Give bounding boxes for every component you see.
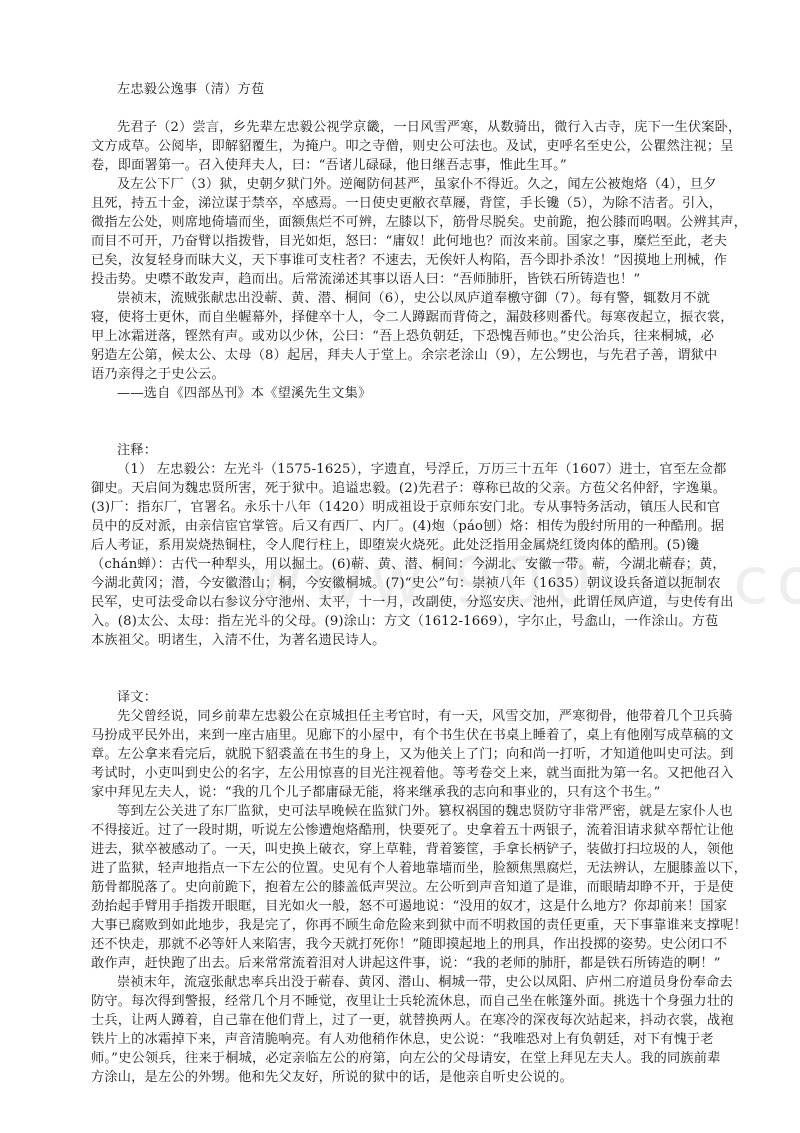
paragraph: 等到左公关进了东厂监狱，史可法早晚候在监狱门外。篡权祸国的魏忠贤防守非常严密，就… [91, 802, 731, 973]
text-line: 进去，狱卒被感动了。一天，叫史换上破衣，穿上草鞋，背着篓筐，手拿长柄铲子，装做打… [91, 840, 731, 859]
text-line: 卷，即面署第一。召入使拜夫人，曰：“吾诸儿碌碌，他日继吾志事，惟此生耳。” [91, 156, 731, 175]
note-line: （1） 左忠毅公：左光斗（1575-1625），字遗直，号浮丘，万历三十五年（1… [91, 460, 731, 479]
paragraph: 先父曾经说，同乡前辈左忠毅公在京城担任主考官时，有一天，风雪交加，严寒彻骨，他带… [91, 707, 731, 802]
text-line: 不得接近。过了一段时期，听说左公惨遭炮烙酷刑，快要死了。史拿着五十两银子，流着泪… [91, 821, 731, 840]
text-line: 筋骨都脱落了。史向前跪下，抱着左公的膝盖低声哭泣。左公听到声音知道了是谁，而眼睛… [91, 878, 731, 897]
text-line: 先君子（2）尝言，乡先辈左忠毅公视学京畿，一日风雪严寒，从数骑出，微行入古寺，庑… [91, 118, 731, 137]
text-line: 及左公下厂（3）狱，史朝夕狱门外。逆阉防伺甚严，虽家仆不得近。久之，闻左公被炮烙… [91, 175, 731, 194]
text-line: 微指左公处，则席地倚墙而坐，面额焦烂不可辨，左膝以下，筋骨尽脱矣。史前跪，抱公膝… [91, 213, 731, 232]
note-line: 今湖北黄冈；潜，今安徽潜山；桐，今安徽桐城。(7)“史公”句：崇祯八年（1635… [91, 574, 731, 593]
text-line: 劲抬起手臂用手指拨开眼眶，目光如火一般，怒不可遏地说：“没用的奴才，这是什么地方… [91, 897, 731, 916]
spacer [91, 650, 731, 688]
note-line: 入。(8)太公、太母：指左光斗的父母。(9)涂山：方文（1612-1669），字… [91, 612, 731, 631]
translation-label: 译文： [91, 688, 731, 707]
paragraph: 崇祯末，流贼张献忠出没蕲、黄、潜、桐间（6），史公以凤庐道奉檄守御（7）。每有警… [91, 289, 731, 384]
note-line: 后人考证，系用炭烧热铜柱，令人爬行柱上，即堕炭火烧死。此处泛指用金属烧红烫肉体的… [91, 536, 731, 555]
paragraph: 崇祯末年，流寇张献忠率兵出没于蕲春、黄冈、潜山、桐城一带，史公以凤阳、庐州二府道… [91, 973, 731, 1087]
spacer [91, 99, 731, 118]
text-line: 甲上冰霜迸落，铿然有声。或劝以少休，公曰：“吾上恐负朝廷，下恐愧吾师也。”史公治… [91, 327, 731, 346]
translation-section: 先父曾经说，同乡前辈左忠毅公在京城担任主考官时，有一天，风雪交加，严寒彻骨，他带… [91, 707, 731, 1087]
text-line: 等到左公关进了东厂监狱，史可法早晚候在监狱门外。篡权祸国的魏忠贤防守非常严密，就… [91, 802, 731, 821]
paragraph: 先君子（2）尝言，乡先辈左忠毅公视学京畿，一日风雪严寒，从数骑出，微行入古寺，庑… [91, 118, 731, 175]
original-text: 先君子（2）尝言，乡先辈左忠毅公视学京畿，一日风雪严寒，从数骑出，微行入古寺，庑… [91, 118, 731, 384]
source-citation: ——选自《四部丛刊》本《望溪先生文集》 [91, 384, 731, 403]
note-line: 民军，史可法受命以右参议分守池州、太平，十一月，改副使，分巡安庆、池州，此谓任凤… [91, 593, 731, 612]
notes-label: 注释： [91, 441, 731, 460]
text-line: 崇祯末年，流寇张献忠率兵出没于蕲春、黄冈、潜山、桐城一带，史公以凤阳、庐州二府道… [91, 973, 731, 992]
text-line: 章。左公拿来看完后，就脱下貂裘盖在书生的身上，又为他关上了门；向和尚一打听，才知… [91, 745, 731, 764]
text-line: 语乃亲得之于史公云。 [91, 365, 731, 384]
text-line: 先父曾经说，同乡前辈左忠毅公在京城担任主考官时，有一天，风雪交加，严寒彻骨，他带… [91, 707, 731, 726]
document-title: 左忠毅公逸事（清）方苞 [91, 80, 731, 99]
text-line: 家中拜见左夫人，说：“我的几个儿子都庸碌无能，将来继承我的志向和事业的，只有这个… [91, 783, 731, 802]
document-page: 左忠毅公逸事（清）方苞 先君子（2）尝言，乡先辈左忠毅公视学京畿，一日风雪严寒，… [91, 80, 731, 1087]
text-line: 投击势。史噤不敢发声，趋而出。后常流涕述其事以语人曰：“吾师肺肝，皆铁石所铸造也… [91, 270, 731, 289]
text-line: 崇祯末，流贼张献忠出没蕲、黄、潜、桐间（6），史公以凤庐道奉檄守御（7）。每有警… [91, 289, 731, 308]
text-line: 已矣，汝复轻身而昧大义，天下事谁可支柱者？不速去，无俟奸人构陷，吾今即扑杀汝！”… [91, 251, 731, 270]
text-line: 铁片上的冰霜掉下来，声音清脆响亮。有人劝他稍作休息，史公说：“我唯恐对上有负朝廷… [91, 1030, 731, 1049]
text-line: 而目不可开，乃奋臂以指拨眥，目光如炬，怒曰：“庸奴！此何地也？而汝来前。国家之事… [91, 232, 731, 251]
text-line: 防守。每次得到警报，经常几个月不睡觉，夜里让士兵轮流休息，而自己坐在帐篷外面。挑… [91, 992, 731, 1011]
paragraph: 及左公下厂（3）狱，史朝夕狱门外。逆阉防伺甚严，虽家仆不得近。久之，闻左公被炮烙… [91, 175, 731, 289]
note-line: 本族祖父。明诸生，入清不仕，为著名遗民诗人。 [91, 631, 731, 650]
text-line: 躬造左公第，候太公、太母（8）起居，拜夫人于堂上。余宗老涂山（9），左公甥也，与… [91, 346, 731, 365]
text-line: 马扮成平民外出，来到一座古庙里。见廊下的小屋中，有个书生伏在书桌上睡着了，桌上有… [91, 726, 731, 745]
text-line: 考试时，小吏叫到史公的名字，左公用惊喜的目光注视着他。等考卷交上来，就当面批为第… [91, 764, 731, 783]
text-line: 进了监狱，轻声地指点一下左公的位置。史见有个人着地靠墙而坐，脸额焦黑腐烂，无法辨… [91, 859, 731, 878]
text-line: 大事已腐败到如此地步，我是完了，你再不顾生命危险来到狱中而不明救国的责任更重，天… [91, 916, 731, 935]
text-line: 敢作声，赶快跑了出去。后来常常流着泪对人讲起这件事，说：“我的老师的肺肝，都是铁… [91, 954, 731, 973]
notes-section: （1） 左忠毅公：左光斗（1575-1625），字遗直，号浮丘，万历三十五年（1… [91, 460, 731, 650]
note-line: （chán蝉）：古代一种犁头，用以掘土。(6)蕲、黄、潜、桐间：今湖北、安徽一带… [91, 555, 731, 574]
note-line: (3)厂：指东厂，官署名。永乐十八年（1420）明成祖设于京师东安门北。专从事特… [91, 498, 731, 517]
text-line: 士兵，让两人蹲着，自己靠在他们背上，过了一更，就替换两人。在寒冷的深夜每次站起来… [91, 1011, 731, 1030]
text-line: 文方成草。公阅毕，即解貂覆生，为掩户。叩之寺僧，则史公可法也。及试，吏呼名至史公… [91, 137, 731, 156]
note-line: 员中的反对派，由亲信宦官掌管。后又有西厂、内厂。(4)炮（páo刨）烙：相传为殷… [91, 517, 731, 536]
text-line: 还不快走，那就不必等奸人来陷害，我今天就打死你！”随即摸起地上的刑具，作出投掷的… [91, 935, 731, 954]
text-line: 寝，使将士更休，而自坐幄幕外，择健卒十人，令二人蹲踞而背倚之，漏鼓移则番代。每寒… [91, 308, 731, 327]
spacer [91, 403, 731, 441]
text-line: 师。”史公领兵，往来于桐城，必定亲临左公的府第，向左公的父母请安，在堂上拜见左夫… [91, 1049, 731, 1068]
text-line: 且死，持五十金，涕泣谋于禁卒，卒感焉。一日使史更敝衣草屦，背筐，手长镵（5），为… [91, 194, 731, 213]
note-line: 御史。天启间为魏忠贤所害，死于狱中。追谥忠毅。(2)先君子：尊称已故的父亲。方苞… [91, 479, 731, 498]
text-line: 方涂山，是左公的外甥。他和先父友好，所说的狱中的话，是他亲自听史公说的。 [91, 1068, 731, 1087]
